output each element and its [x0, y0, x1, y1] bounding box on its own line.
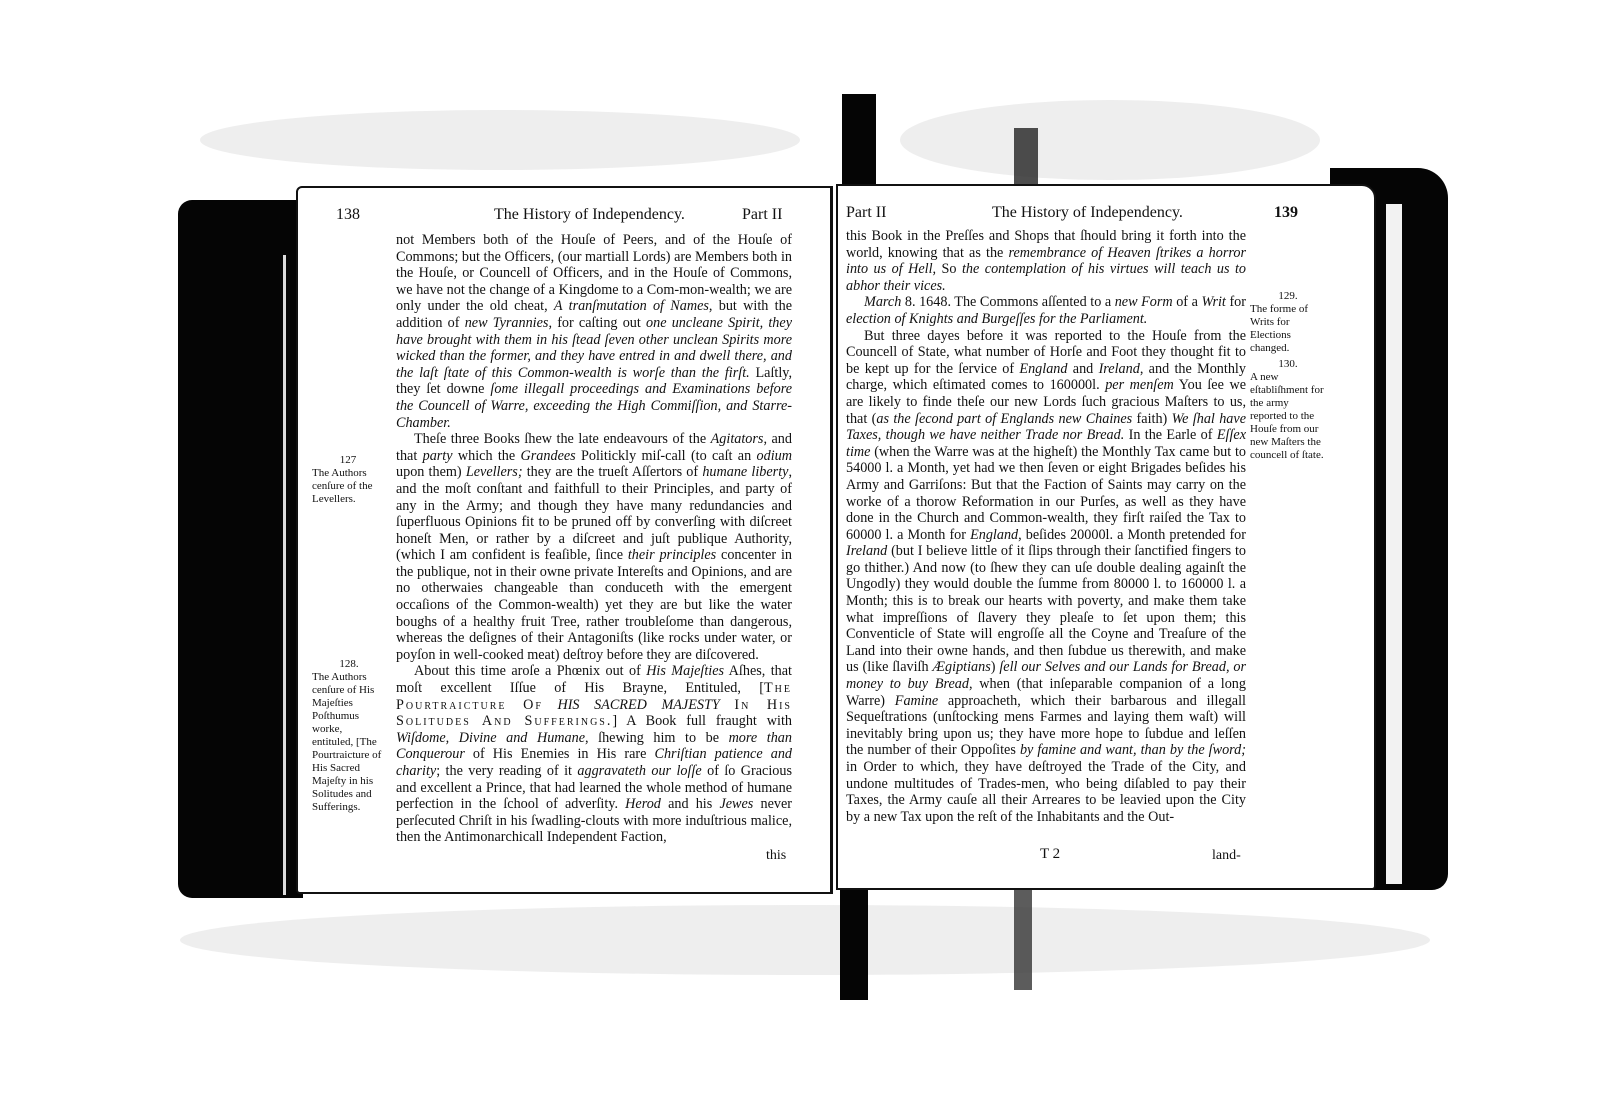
marginal-note-number: 129.	[1250, 290, 1326, 303]
marginal-note-text: The forme of Writs for Elections changed…	[1250, 303, 1308, 354]
italic-text: new Tyrannies	[465, 315, 549, 331]
italic-text: by famine and want, than by the ſword;	[1020, 742, 1246, 758]
italic-text: party	[423, 448, 453, 464]
italic-text: humane liberty	[702, 464, 788, 480]
italic-text: new Form	[1115, 294, 1173, 310]
italic-text: Ægiptians	[932, 659, 990, 675]
text-run: faith)	[1132, 411, 1171, 427]
italic-text: Levellers;	[466, 464, 523, 480]
part-label: Part II	[742, 206, 782, 224]
italic-text: England	[970, 527, 1018, 543]
part-label: Part II	[846, 204, 886, 222]
text-run: ; the very reading of it	[436, 763, 577, 779]
italic-text: Ireland	[846, 543, 887, 559]
page-number: 138	[336, 206, 360, 224]
text-run: of His Enemies in His rare	[465, 746, 655, 762]
marginal-note: 130. A new eſtabliſhment for the army re…	[1250, 358, 1326, 462]
marginal-note: 128. The Authors cenſure of His Majeſtie…	[312, 658, 386, 814]
text-run: Politickly miſ-call (to caſt an	[576, 448, 757, 464]
spine-clamp-top	[842, 94, 876, 190]
text-run: in Order to which, they have deſtroyed t…	[846, 759, 1246, 825]
text-run: , for caſting out	[548, 315, 646, 331]
text-run: concenter in the publique, not in their …	[396, 547, 792, 663]
paragraph: March 8. 1648. The Commons aſſented to a…	[846, 294, 1246, 327]
text-run: , ſhewing him to be	[585, 730, 729, 746]
running-title: The History of Independency.	[494, 206, 685, 224]
text-run: So	[936, 261, 962, 277]
paragraph: Theſe three Books ſhew the late endeavou…	[396, 431, 792, 663]
italic-text: His Majeſties	[646, 663, 724, 679]
italic-text: aggravateth our loſſe	[577, 763, 701, 779]
body-text: this Book in the Preſſes and Shops that …	[846, 228, 1246, 825]
page-edge	[1386, 204, 1402, 884]
italic-text: Wiſdome, Divine and Humane	[396, 730, 585, 746]
catchword: this	[766, 848, 786, 864]
right-page: Part II The History of Independency. 139…	[836, 184, 1376, 890]
italic-text: Jewes	[719, 796, 753, 812]
text-run: (but I believe little of it ſlips throug…	[846, 543, 1246, 675]
italic-text: Ireland	[1099, 361, 1140, 377]
text-run: upon them)	[396, 464, 466, 480]
marginal-note: 127 The Authors cenſure of the Levellers…	[312, 454, 384, 506]
italic-text: as the ſecond part of Englands new Chain…	[876, 411, 1132, 427]
page-number: 139	[1274, 204, 1298, 222]
italic-text: Agitators	[711, 431, 764, 447]
text-run: for	[1226, 294, 1246, 310]
catchword: land-	[1212, 848, 1241, 864]
italic-text: odium	[757, 448, 792, 464]
book-cover-left	[178, 200, 303, 898]
italic-text: Grandees	[521, 448, 576, 464]
italic-text: HIS SACRED MAJESTY	[557, 697, 719, 713]
text-run	[720, 697, 735, 713]
scan-noise	[900, 100, 1320, 180]
marginal-note: 129. The forme of Writs for Elections ch…	[1250, 290, 1326, 355]
cover-crease	[283, 255, 286, 895]
text-run: In the Earle of	[1124, 427, 1217, 443]
scan-noise	[180, 905, 1430, 975]
text-run: , beſides 20000l. a Month pretended for	[1018, 527, 1246, 543]
body-text: not Members both of the Houſe of Peers, …	[396, 232, 792, 846]
spine-shadow-bottom	[1014, 880, 1032, 990]
signature-mark: T 2	[1040, 846, 1060, 863]
marginal-note-text: A new eſtabliſhment for the army reporte…	[1250, 371, 1324, 461]
running-title: The History of Independency.	[992, 204, 1183, 222]
text-run: About this time aroſe a Phœnix out of	[414, 663, 646, 679]
paragraph: But three dayes before it was reported t…	[846, 328, 1246, 826]
text-run: which the	[453, 448, 521, 464]
text-run: and	[1067, 361, 1098, 377]
marginal-note-number: 127	[312, 454, 384, 467]
italic-text: England	[1019, 361, 1067, 377]
italic-text: A tranſmutation of Names	[554, 298, 709, 314]
text-run	[543, 697, 558, 713]
left-page: 138 The History of Independency. Part II…	[296, 186, 833, 894]
paragraph: not Members both of the Houſe of Peers, …	[396, 232, 792, 431]
scan-noise	[200, 110, 800, 170]
text-run: and his	[661, 796, 720, 812]
text-run: of a	[1173, 294, 1202, 310]
text-run: Theſe three Books ſhew the late endeavou…	[414, 431, 711, 447]
italic-text: March	[864, 294, 901, 310]
marginal-note-text: The Authors cenſure of His Majeſties Poſ…	[312, 671, 381, 813]
spine-shadow-top	[1014, 128, 1038, 188]
text-run: 8. 1648. The Commons aſſented to a	[901, 294, 1114, 310]
italic-text: Herod	[625, 796, 661, 812]
italic-text: Famine	[895, 693, 938, 709]
spine-clamp-bottom	[840, 880, 868, 1000]
text-run: they are the trueſt Aſſertors of	[523, 464, 703, 480]
italic-text: per menſem	[1105, 377, 1174, 393]
italic-text: their principles	[628, 547, 716, 563]
paragraph: this Book in the Preſſes and Shops that …	[846, 228, 1246, 294]
text-run: ] A Book full fraught with	[612, 713, 792, 729]
marginal-note-number: 130.	[1250, 358, 1326, 371]
marginal-note-text: The Authors cenſure of the Levellers.	[312, 467, 372, 505]
paragraph: About this time aroſe a Phœnix out of Hi…	[396, 663, 792, 846]
marginal-note-number: 128.	[312, 658, 386, 671]
italic-text: election of Knights and Burgeſſes for th…	[846, 311, 1147, 327]
italic-text: Writ	[1201, 294, 1225, 310]
